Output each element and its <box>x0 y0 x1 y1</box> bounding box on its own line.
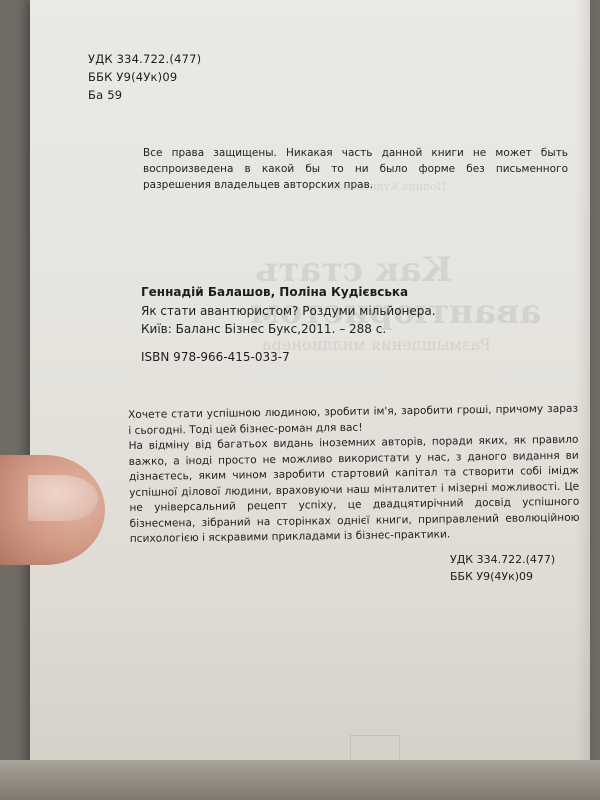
isbn: ISBN 978-966-415-033-7 <box>141 350 290 364</box>
bbk-code-top: ББК У9(4Ук)09 <box>88 70 177 85</box>
show-through-title-1: Как стать <box>255 250 452 290</box>
book-authors: Геннадій Балашов, Поліна Кудієвська <box>141 285 408 299</box>
book-title: Як стати авантюристом? Роздуми мільйонер… <box>141 304 436 318</box>
fingernail <box>28 475 98 521</box>
udk-code-bottom: УДК 334.722.(477) <box>450 552 555 567</box>
page-edge-shadow <box>576 0 590 800</box>
bbk-code-bottom: ББК У9(4Ук)09 <box>450 569 533 584</box>
book-page <box>30 0 590 800</box>
book-imprint: Київ: Баланс Бізнес Букс,2011. – 288 с. <box>141 322 386 336</box>
book-bottom-edge <box>0 760 600 800</box>
udk-code-top: УДК 334.722.(477) <box>88 52 201 67</box>
show-through-subtitle: Размышления миллионера <box>262 335 491 354</box>
author-mark: Ба 59 <box>88 88 122 103</box>
abstract-paragraph-2: На відміну від багатьох видань іноземних… <box>128 433 579 548</box>
book-abstract: Хочете стати успішною людиною, зробити і… <box>128 402 580 548</box>
copyright-notice: Все права защищены. Никакая часть данной… <box>143 145 568 193</box>
